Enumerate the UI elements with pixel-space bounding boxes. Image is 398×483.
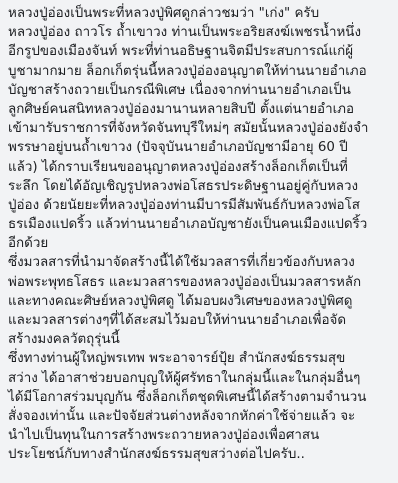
comment-line: ซึ่งมวลสารที่นำมาจัดสร้างนี้ได้ใช้มวลสาร… — [8, 253, 392, 272]
comment-line: พรรษาอยู่บนถ้ำเขาวง (ปัจจุบันนายอำเภอบัญ… — [8, 138, 392, 157]
comment-line: นำไปเป็นทุนในการสร้างพระถวายหลวงปู่อ่องเ… — [8, 426, 392, 445]
comment-line: เข้ามารับราชการที่จังหวัดจันทบุรีใหม่ๆ ส… — [8, 119, 392, 138]
comment-line: ได้มีโอกาสร่วมบุญกัน ซึ่งล็อกเก็ตชุดพิเศ… — [8, 388, 392, 407]
comment-line: ระลึก โดยได้อัญเชิญรูปหลวงพ่อโสธรประดิษฐ… — [8, 177, 392, 196]
comment-line: สว่าง ได้อาสาช่วยบอกบุญให้ผู้ศรัทธาในกลุ… — [8, 369, 392, 388]
comment-line: ประโยชน์กับทางสำนักสงฆ์ธรรมสุขสว่างต่อไป… — [8, 445, 392, 464]
comment-line: สร้างมงคลวัตถุรุ่นนี้ — [8, 330, 392, 349]
comment-line: หลวงปู่อ่อง ถาวโร ถ้ำเขาวง ท่านเป็นพระอร… — [8, 23, 392, 42]
comment-line: บัญชาสร้างถวายเป็นกรณีพิเศษ เนื่องจากท่า… — [8, 81, 392, 100]
comment-line: ลูกศิษย์คนสนิทหลวงปู่อ่องมานานหลายสิบปี … — [8, 100, 392, 119]
comment-line: พ่อพระพุทธโสธร และมวลสารของหลวงปู่อ่องเป… — [8, 273, 392, 292]
comment-line: แล้ว) ได้กราบเรียนขออนุญาตหลวงปู่อ่องสร้… — [8, 158, 392, 177]
comment-line: อีกรูปของเมืองจันท์ พระที่ท่านอธิษฐานจิต… — [8, 42, 392, 61]
comment-line: ซึ่งทางท่านผู้ใหญ่พรเทพ พระอาจารย์ปุ้ย ส… — [8, 349, 392, 368]
comment-line: สั่งจองเท่านั้น และปัจจัยส่วนต่างหลังจาก… — [8, 407, 392, 426]
comment-line: บูชามากมาย ล็อกเก็ตรุ่นนี้หลวงปู่อ่องอนุ… — [8, 62, 392, 81]
comment-line: และทางคณะศิษย์หลวงปู่พิศดู ได้มอบผงวิเศษ… — [8, 292, 392, 311]
comment-line: ปู่อ่อง ด้วยนัยยะที่หลวงปู่อ่องท่านมีบาร… — [8, 196, 392, 215]
comment-line: หลวงปู่อ่องเป็นพระที่หลวงปู่พิศดูกล่าวชม… — [8, 4, 392, 23]
comment-bubble: หลวงปู่อ่องเป็นพระที่หลวงปู่พิศดูกล่าวชม… — [0, 0, 398, 483]
comment-line: ธรเมืองแปดริ้ว แล้วท่านนายอำเภอบัญชายังเ… — [8, 215, 392, 234]
comment-line: และมวลสารต่างๆที่ได้สะสมไว้มอบให้ท่านนาย… — [8, 311, 392, 330]
comment-line: อีกด้วย — [8, 234, 392, 253]
